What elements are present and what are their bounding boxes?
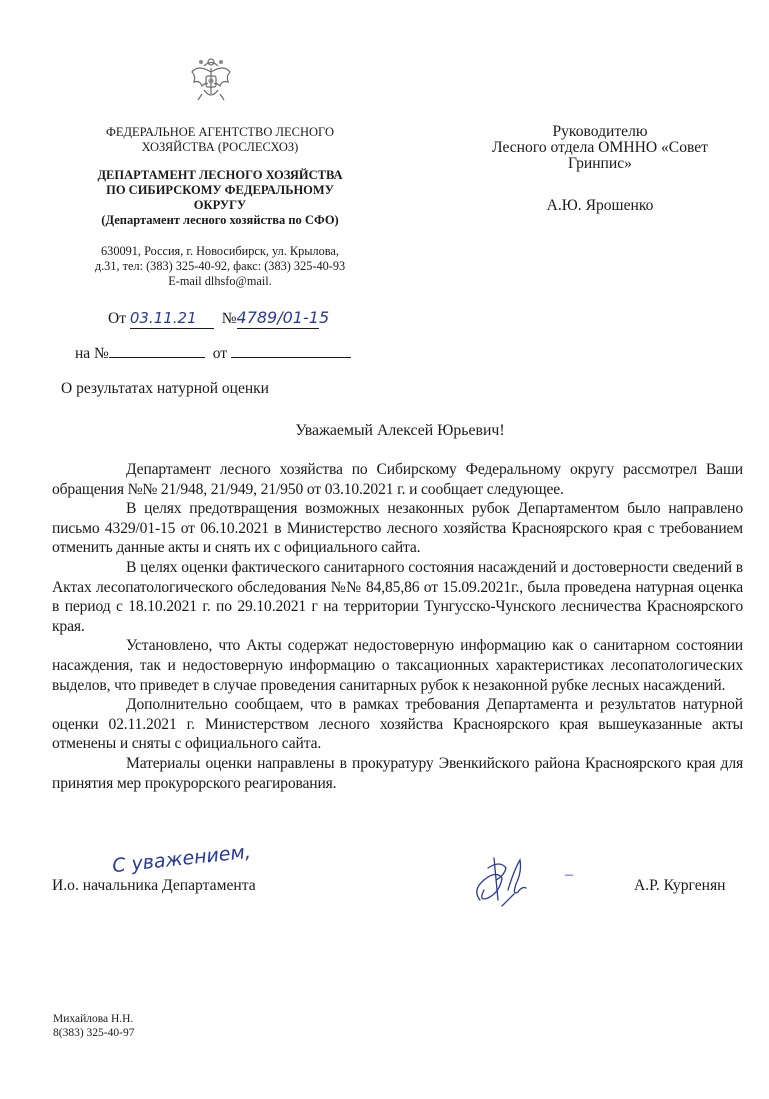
executor-block: Михайлова Н.Н. 8(383) 325-40-97 bbox=[53, 1012, 134, 1040]
signature bbox=[470, 850, 550, 910]
reply-date-label: от bbox=[213, 345, 227, 362]
addressee-line-3: Гринпис» bbox=[460, 156, 740, 172]
department-line-3: ОКРУГУ bbox=[60, 198, 380, 213]
department-line-2: ПО СИБИРСКОМУ ФЕДЕРАЛЬНОМУ bbox=[60, 183, 380, 198]
address-line-2: д.31, тел: (383) 325-40-92, факс: (383) … bbox=[60, 259, 380, 274]
reply-date-field bbox=[231, 343, 351, 358]
letterhead-department: ДЕПАРТАМЕНТ ЛЕСНОГО ХОЗЯЙСТВА ПО СИБИРСК… bbox=[60, 168, 380, 228]
paragraph-1: Департамент лесного хозяйства по Сибирск… bbox=[52, 460, 743, 499]
reply-number-field bbox=[109, 343, 205, 358]
handwritten-signature-icon bbox=[470, 850, 550, 910]
address-line-3: E-mail dlhsfo@mail. bbox=[60, 274, 380, 289]
paragraph-4: Установлено, что Акты содержат недостове… bbox=[52, 636, 743, 695]
handwritten-number: 4789/01-15 bbox=[237, 308, 330, 327]
addressee-line-2: Лесного отдела ОМННО «Совет bbox=[460, 140, 740, 156]
addressee-block: Руководителю Лесного отдела ОМННО «Совет… bbox=[460, 124, 740, 214]
reply-number-label: на № bbox=[75, 345, 109, 362]
addressee-line-1: Руководителю bbox=[460, 124, 740, 140]
paragraph-3: В целях оценки фактического санитарного … bbox=[52, 558, 743, 636]
executor-phone: 8(383) 325-40-97 bbox=[53, 1026, 134, 1040]
signatory-name: А.Р. Кургенян bbox=[634, 877, 725, 895]
paragraph-2: В целях предотвращения возможных незакон… bbox=[52, 499, 743, 558]
agency-line-2: ХОЗЯЙСТВА (РОСЛЕСХОЗ) bbox=[60, 140, 380, 155]
department-line-1: ДЕПАРТАМЕНТ ЛЕСНОГО ХОЗЯЙСТВА bbox=[60, 168, 380, 183]
paragraph-5: Дополнительно сообщаем, что в рамках тре… bbox=[52, 695, 743, 754]
letterhead-agency: ФЕДЕРАЛЬНОЕ АГЕНТСТВО ЛЕСНОГО ХОЗЯЙСТВА … bbox=[60, 125, 380, 155]
number-label: № bbox=[222, 310, 237, 327]
signature-dash: – bbox=[565, 866, 573, 884]
letter-body: Департамент лесного хозяйства по Сибирск… bbox=[52, 460, 743, 793]
handwritten-date: 03.11.21 bbox=[130, 309, 197, 327]
executor-name: Михайлова Н.Н. bbox=[53, 1012, 134, 1026]
addressee-name: А.Ю. Ярошенко bbox=[460, 198, 740, 214]
address-line-1: 630091, Россия, г. Новосибирск, ул. Крыл… bbox=[60, 244, 380, 259]
from-label: От bbox=[108, 310, 126, 327]
salutation: Уважаемый Алексей Юрьевич! bbox=[40, 422, 760, 440]
letter-subject: О результатах натурной оценки bbox=[61, 380, 269, 398]
signatory-title: И.о. начальника Департамента bbox=[52, 877, 256, 895]
russian-coat-of-arms-icon bbox=[186, 54, 236, 104]
registration-row: От 03.11.21 № 4789/01-15 bbox=[108, 308, 319, 329]
agency-line-1: ФЕДЕРАЛЬНОЕ АГЕНТСТВО ЛЕСНОГО bbox=[60, 125, 380, 140]
number-field: 4789/01-15 bbox=[237, 308, 319, 329]
letterhead-address: 630091, Россия, г. Новосибирск, ул. Крыл… bbox=[60, 244, 380, 289]
coat-of-arms-emblem bbox=[186, 54, 236, 104]
handwritten-regards: С уважением, bbox=[111, 841, 252, 877]
reply-reference-row: на № от bbox=[75, 343, 351, 363]
paragraph-6: Материалы оценки направлены в прокуратур… bbox=[52, 754, 743, 793]
department-line-4: (Департамент лесного хозяйства по СФО) bbox=[60, 213, 380, 228]
date-field: 03.11.21 bbox=[130, 309, 214, 329]
